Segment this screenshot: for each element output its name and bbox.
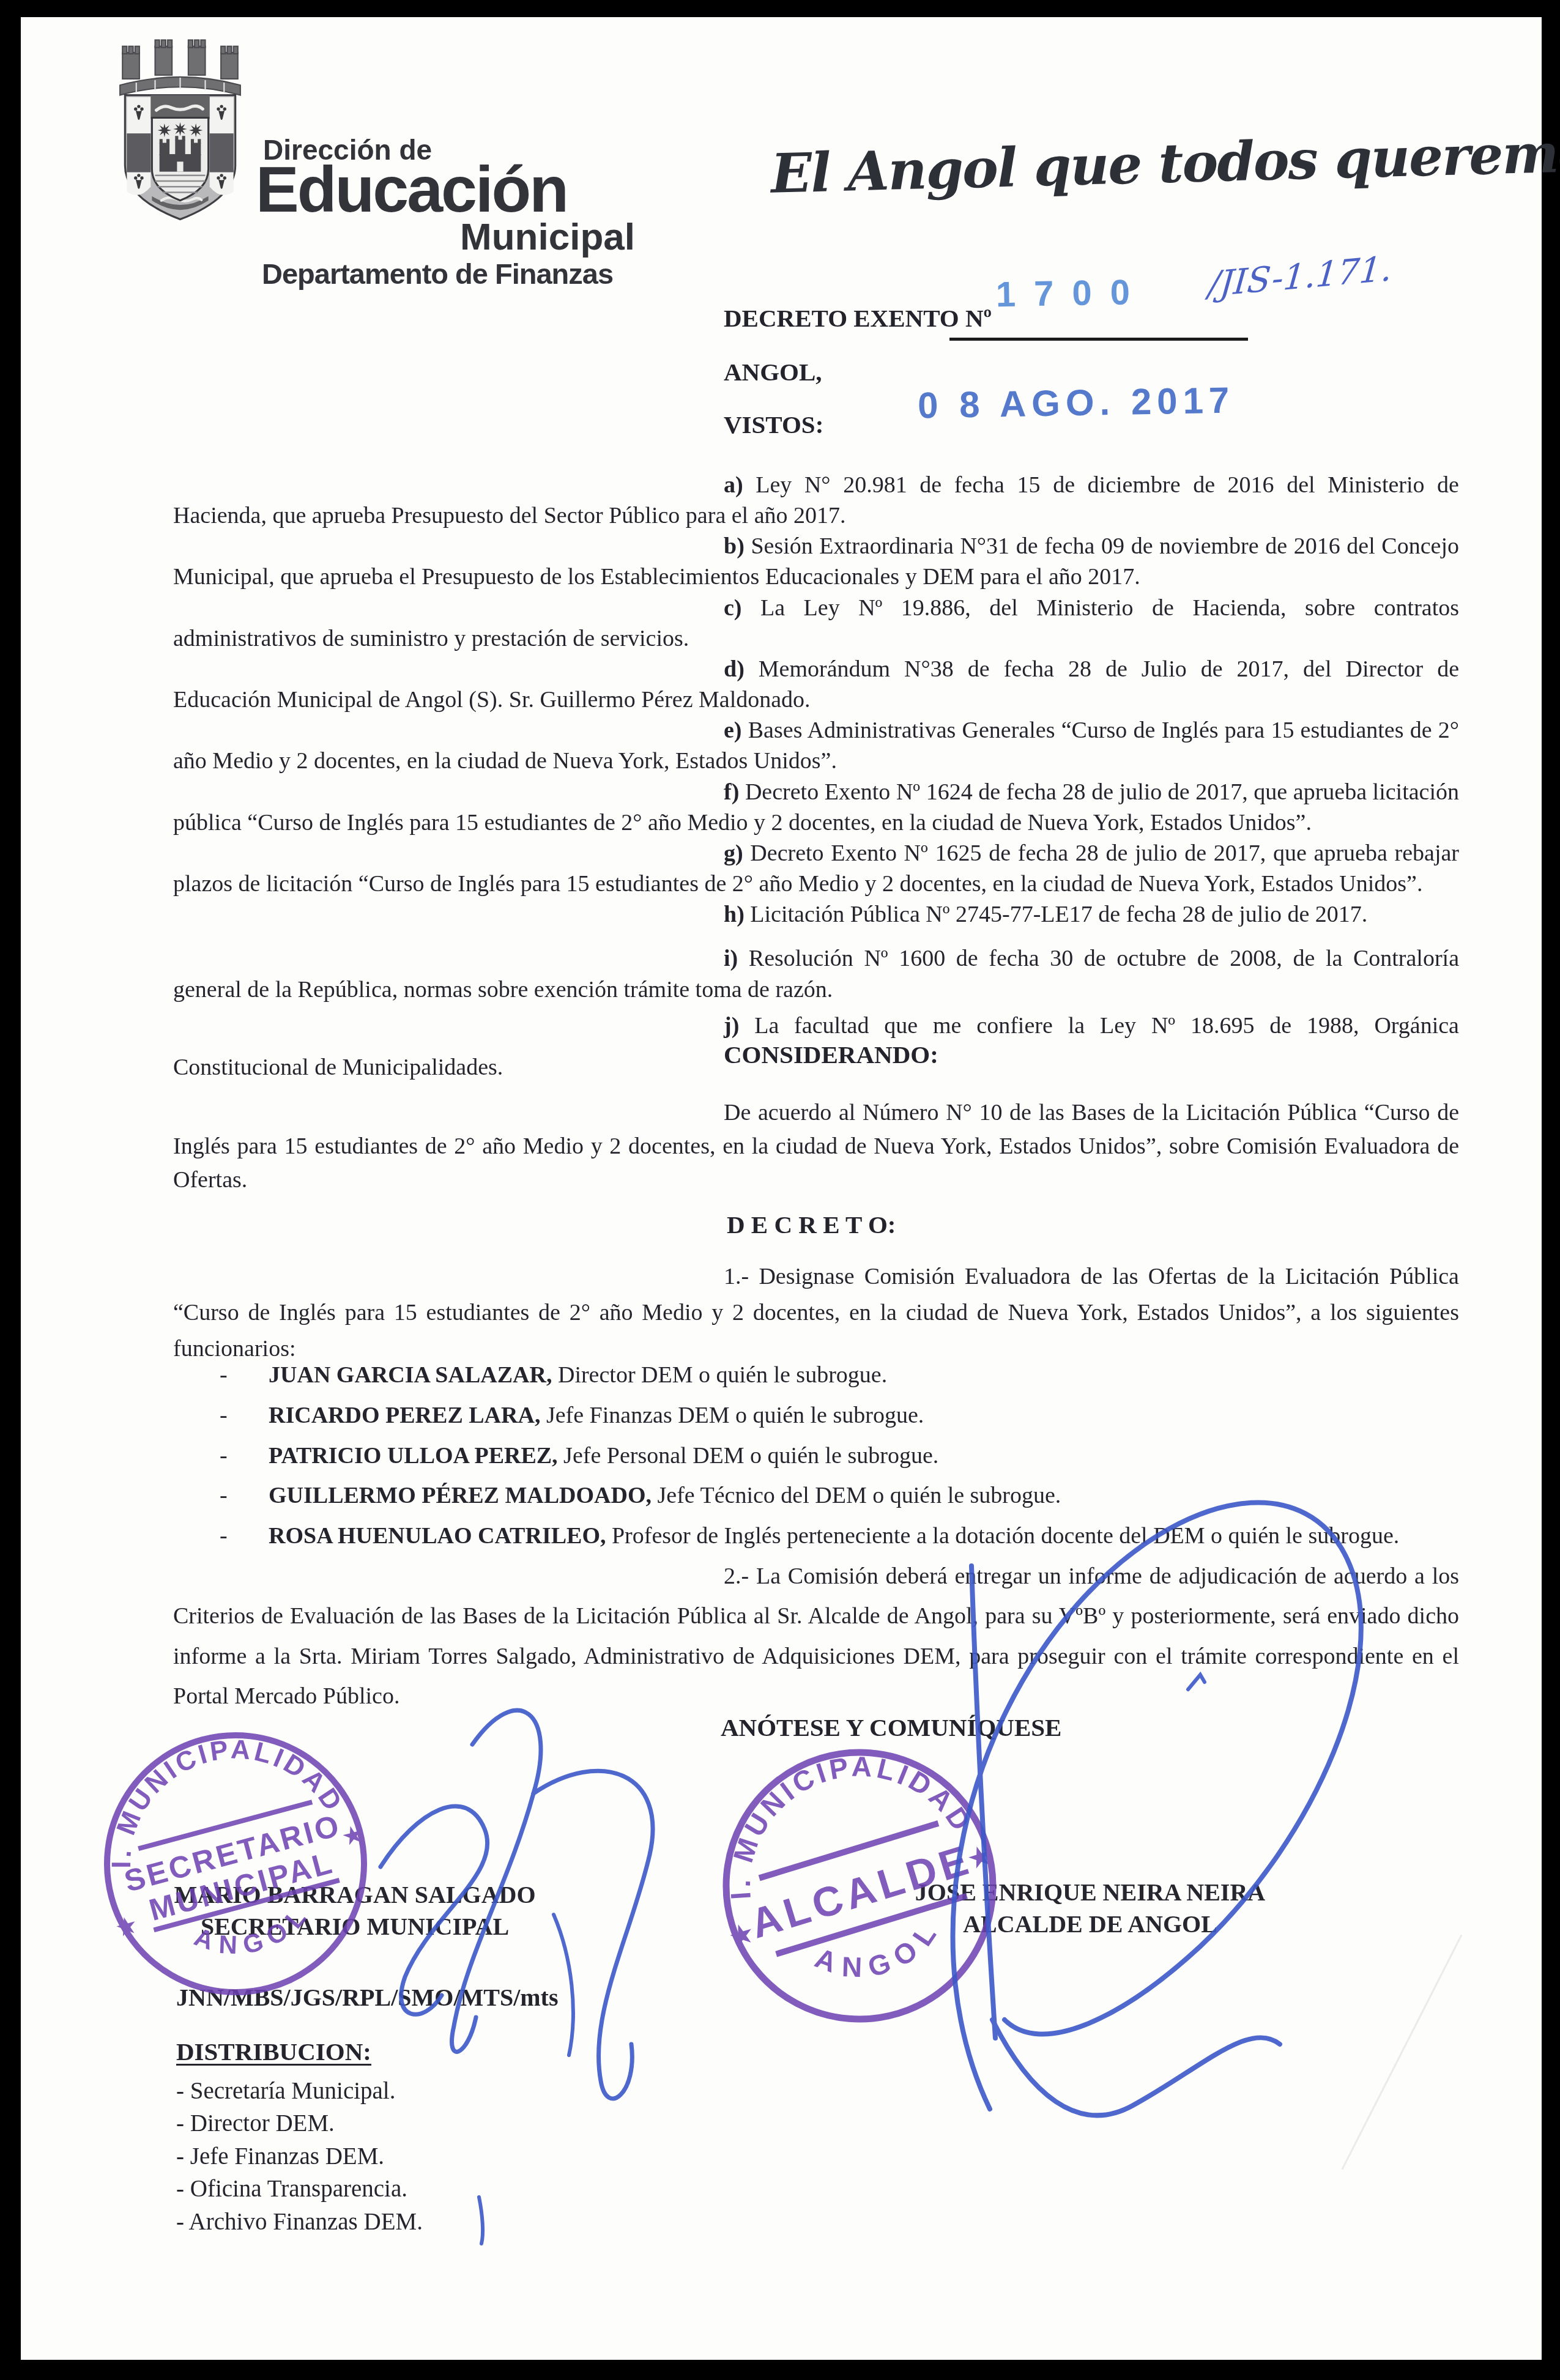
secretary-ink-signature [381,1710,653,2099]
scanned-decree-page: { "colors": { "ink_blue": "#3c58c8", "st… [0,0,1560,2380]
ink-signatures-overlay [0,0,1560,2380]
mayor-ink-signature [479,1503,1361,2244]
